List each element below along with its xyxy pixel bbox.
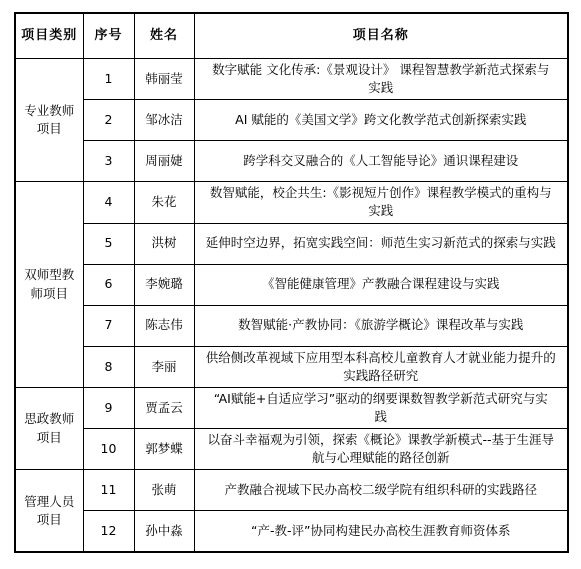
name-cell: 孙中淼 <box>134 511 194 553</box>
serial-cell: 8 <box>83 346 134 387</box>
project-cell: 产教融合视域下民办高校二级学院有组织科研的实践路径 <box>194 470 568 511</box>
table-row: 10郭梦蝶以奋斗幸福观为引领，探索《概论》课教学新模式--基于生涯导 航与心理赋… <box>15 429 568 470</box>
table-row: 5洪树延伸时空边界，拓宽实践空间：师范生实习新范式的探索与实践 <box>15 223 568 264</box>
serial-cell: 2 <box>83 100 134 141</box>
project-cell: 《智能健康管理》产教融合课程建设与实践 <box>194 264 568 305</box>
category-cell: 管理人员项目 <box>15 470 83 553</box>
project-cell: 数智赋能，校企共生:《影视短片创作》课程教学模式的重构与 实践 <box>194 182 568 223</box>
name-cell: 贾孟云 <box>134 387 194 428</box>
table-row: 双师型教师项目4朱花数智赋能，校企共生:《影视短片创作》课程教学模式的重构与 实… <box>15 182 568 223</box>
serial-cell: 7 <box>83 305 134 346</box>
project-cell: “AI赋能+自适应学习”驱动的纲要课数智教学新范式研究与实 践 <box>194 387 568 428</box>
category-cell: 思政教师项目 <box>15 387 83 470</box>
table-row: 7陈志伟数智赋能·产教协同：《旅游学概论》课程改革与实践 <box>15 305 568 346</box>
serial-cell: 10 <box>83 429 134 470</box>
table-row: 2邹冰洁AI 赋能的《美国文学》跨文化教学范式创新探索实践 <box>15 100 568 141</box>
serial-cell: 12 <box>83 511 134 553</box>
serial-cell: 3 <box>83 141 134 182</box>
projects-table: 项目类别 序号 姓名 项目名称 专业教师项目1韩丽莹数字赋能 文化传承:《景观设… <box>14 12 569 553</box>
project-cell: AI 赋能的《美国文学》跨文化教学范式创新探索实践 <box>194 100 568 141</box>
table-row: 专业教师项目1韩丽莹数字赋能 文化传承:《景观设计》 课程智慧教学新范式探索与 … <box>15 59 568 100</box>
project-cell: 延伸时空边界，拓宽实践空间：师范生实习新范式的探索与实践 <box>194 223 568 264</box>
name-cell: 李婉璐 <box>134 264 194 305</box>
project-cell: “产-教-评”协同构建民办高校生涯教育师资体系 <box>194 511 568 553</box>
table-row: 6李婉璐《智能健康管理》产教融合课程建设与实践 <box>15 264 568 305</box>
project-cell: 数智赋能·产教协同：《旅游学概论》课程改革与实践 <box>194 305 568 346</box>
table-row: 12孙中淼“产-教-评”协同构建民办高校生涯教育师资体系 <box>15 511 568 553</box>
serial-cell: 9 <box>83 387 134 428</box>
project-cell: 跨学科交叉融合的《人工智能导论》通识课程建设 <box>194 141 568 182</box>
name-cell: 韩丽莹 <box>134 59 194 100</box>
serial-cell: 11 <box>83 470 134 511</box>
header-row: 项目类别 序号 姓名 项目名称 <box>15 13 568 59</box>
header-cell-category: 项目类别 <box>15 13 83 59</box>
table-row: 管理人员项目11张萌产教融合视域下民办高校二级学院有组织科研的实践路径 <box>15 470 568 511</box>
header-cell-project: 项目名称 <box>194 13 568 59</box>
name-cell: 邹冰洁 <box>134 100 194 141</box>
serial-cell: 5 <box>83 223 134 264</box>
name-cell: 李丽 <box>134 346 194 387</box>
header-cell-name: 姓名 <box>134 13 194 59</box>
name-cell: 周丽婕 <box>134 141 194 182</box>
page: 项目类别 序号 姓名 项目名称 专业教师项目1韩丽莹数字赋能 文化传承:《景观设… <box>0 0 581 569</box>
project-cell: 以奋斗幸福观为引领，探索《概论》课教学新模式--基于生涯导 航与心理赋能的路径创… <box>194 429 568 470</box>
table-row: 3周丽婕跨学科交叉融合的《人工智能导论》通识课程建设 <box>15 141 568 182</box>
project-cell: 数字赋能 文化传承:《景观设计》 课程智慧教学新范式探索与 实践 <box>194 59 568 100</box>
project-cell: 供给侧改革视域下应用型本科高校儿童教育人才就业能力提升的 实践路径研究 <box>194 346 568 387</box>
serial-cell: 1 <box>83 59 134 100</box>
serial-cell: 6 <box>83 264 134 305</box>
category-cell: 双师型教师项目 <box>15 182 83 388</box>
table-row: 8李丽供给侧改革视域下应用型本科高校儿童教育人才就业能力提升的 实践路径研究 <box>15 346 568 387</box>
name-cell: 洪树 <box>134 223 194 264</box>
name-cell: 陈志伟 <box>134 305 194 346</box>
table-row: 思政教师项目9贾孟云“AI赋能+自适应学习”驱动的纲要课数智教学新范式研究与实 … <box>15 387 568 428</box>
serial-cell: 4 <box>83 182 134 223</box>
name-cell: 张萌 <box>134 470 194 511</box>
name-cell: 郭梦蝶 <box>134 429 194 470</box>
name-cell: 朱花 <box>134 182 194 223</box>
header-cell-serial: 序号 <box>83 13 134 59</box>
category-cell: 专业教师项目 <box>15 59 83 182</box>
